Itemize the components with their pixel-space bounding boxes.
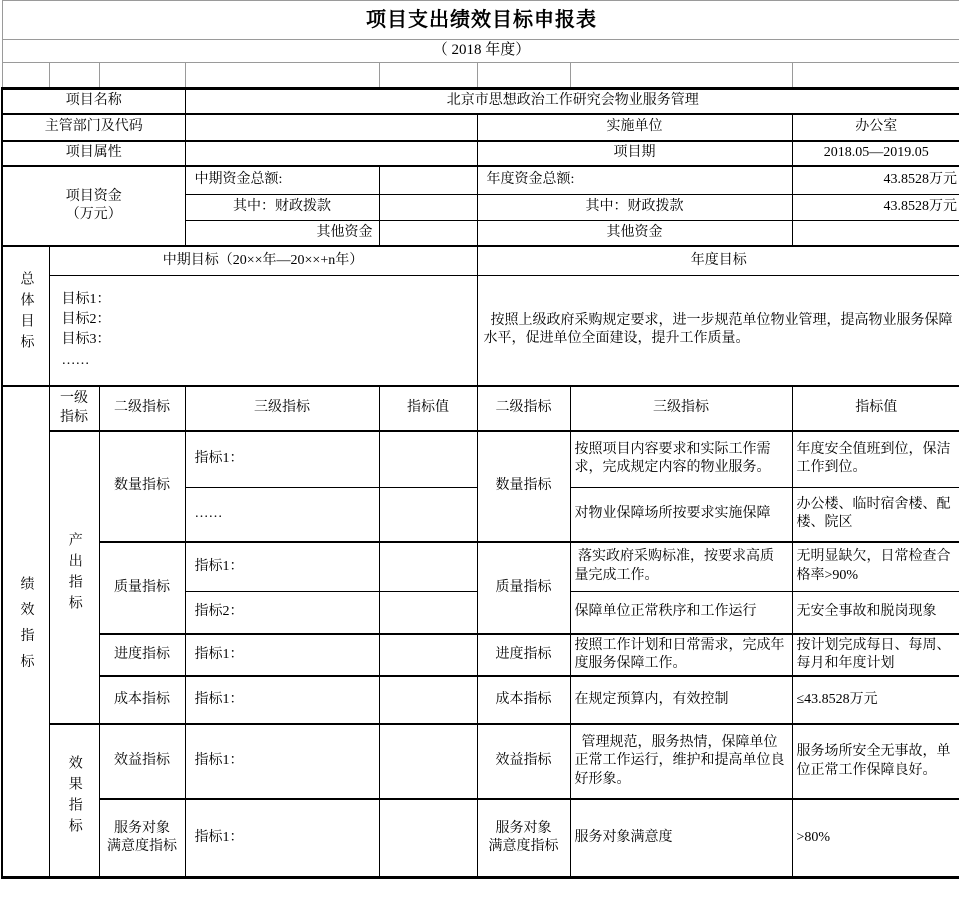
project-attr-label: 项目属性 (2, 141, 185, 166)
annual-fiscal-label: 其中：财政拨款 (477, 194, 792, 220)
header-value-right: 指标值 (792, 386, 959, 431)
quantity-left-item1: 指标1： (185, 431, 379, 487)
mid-other-label: 其他资金 (185, 220, 379, 246)
header-level2-left: 二级指标 (99, 386, 185, 431)
quantity-right-level3-1: 按照项目内容要求和实际工作需求，完成规定内容的物业服务。 (570, 431, 792, 487)
group-output-label: 产出指标 (49, 431, 99, 724)
overall-goal-side-label: 总体目标 (2, 246, 49, 386)
group-output-label-text: 产出指标 (66, 532, 81, 616)
mid-goal-header: 中期目标（20××年—20××+n年） (49, 246, 477, 275)
impl-unit-label: 实施单位 (477, 114, 792, 141)
progress-left-value1 (379, 634, 477, 676)
progress-right-value: 按计划完成每日、每周、每月和年度计划 (792, 634, 959, 676)
impl-unit-value: 办公室 (792, 114, 959, 141)
dept-code-value (185, 114, 477, 141)
project-attr-value (185, 141, 477, 166)
spacer-cell (792, 62, 959, 88)
group-effect-label-text: 效果指标 (66, 755, 81, 839)
header-level3-left: 三级指标 (185, 386, 379, 431)
mid-goal-content: 目标1： 目标2： 目标3： …… (49, 275, 477, 386)
project-period-value: 2018.05—2019.05 (792, 141, 959, 166)
quality-left-value1 (379, 542, 477, 591)
cost-left-item1: 指标1： (185, 676, 379, 724)
spacer-cell (477, 62, 570, 88)
satisfaction-left-item1: 指标1： (185, 799, 379, 877)
cost-indicator-label-left: 成本指标 (99, 676, 185, 724)
quantity-indicator-label-right: 数量指标 (477, 431, 570, 542)
declaration-form-sheet: 项目支出绩效目标申报表 （ 2018 年度） 项目名称 北京市思想政治工作研究会… (0, 0, 959, 898)
quality-right-level3-1: 落实政府采购标准，按要求高质量完成工作。 (570, 542, 792, 591)
mid-fiscal-value (379, 194, 477, 220)
benefit-right-level3: 管理规范，服务热情，保障单位正常工作运行，维护和提高单位良好形象。 (570, 724, 792, 799)
quality-indicator-label-left: 质量指标 (99, 542, 185, 634)
quality-right-value-1: 无明显缺欠，日常检查合格率>90% (792, 542, 959, 591)
header-level1: 一级 指标 (49, 386, 99, 431)
overall-goal-side-label-text: 总体目标 (18, 271, 33, 355)
quantity-left-item2: …… (185, 487, 379, 542)
quality-left-item1: 指标1： (185, 542, 379, 591)
quantity-right-value-2: 办公楼、临时宿舍楼、配楼、院区 (792, 487, 959, 542)
group-effect-label: 效果指标 (49, 724, 99, 877)
quality-right-value-2: 无安全事故和脱岗现象 (792, 591, 959, 634)
quantity-right-level3-2: 对物业保障场所按要求实施保障 (570, 487, 792, 542)
form-title: 项目支出绩效目标申报表 (2, 1, 959, 40)
cost-indicator-label-right: 成本指标 (477, 676, 570, 724)
progress-indicator-label-left: 进度指标 (99, 634, 185, 676)
benefit-left-value1 (379, 724, 477, 799)
quality-right-level3-2: 保障单位正常秩序和工作运行 (570, 591, 792, 634)
quantity-indicator-label-left: 数量指标 (99, 431, 185, 542)
annual-goal-header: 年度目标 (477, 246, 959, 275)
spacer-cell (2, 62, 49, 88)
annual-goal-content: 按照上级政府采购规定要求，进一步规范单位物业管理，提高物业服务保障水平，促进单位… (477, 275, 959, 386)
cost-left-value1 (379, 676, 477, 724)
dept-code-label: 主管部门及代码 (2, 114, 185, 141)
cost-right-level3: 在规定预算内，有效控制 (570, 676, 792, 724)
header-level3-right: 三级指标 (570, 386, 792, 431)
header-level2-right: 二级指标 (477, 386, 570, 431)
mid-fiscal-label: 其中：财政拨款 (185, 194, 379, 220)
benefit-indicator-label-left: 效益指标 (99, 724, 185, 799)
benefit-indicator-label-right: 效益指标 (477, 724, 570, 799)
spacer-cell (185, 62, 379, 88)
progress-left-item1: 指标1： (185, 634, 379, 676)
quality-left-value2 (379, 591, 477, 634)
satisfaction-indicator-label-right: 服务对象 满意度指标 (477, 799, 570, 877)
quality-indicator-label-right: 质量指标 (477, 542, 570, 634)
project-funds-label: 项目资金 （万元） (2, 166, 185, 246)
form-year-subtitle: （ 2018 年度） (2, 40, 959, 63)
annual-total-label: 年度资金总额: (477, 166, 792, 194)
progress-right-level3: 按照工作计划和日常需求，完成年度服务保障工作。 (570, 634, 792, 676)
project-name-value: 北京市思想政治工作研究会物业服务管理 (185, 88, 959, 114)
satisfaction-left-value1 (379, 799, 477, 877)
project-period-label: 项目期 (477, 141, 792, 166)
benefit-left-item1: 指标1： (185, 724, 379, 799)
satisfaction-indicator-label-left: 服务对象 满意度指标 (99, 799, 185, 877)
project-name-label: 项目名称 (2, 88, 185, 114)
spacer-cell (49, 62, 99, 88)
benefit-right-value: 服务场所安全无事故，单位正常工作保障良好。 (792, 724, 959, 799)
annual-other-label: 其他资金 (477, 220, 792, 246)
header-value-left: 指标值 (379, 386, 477, 431)
annual-other-value (792, 220, 959, 246)
quantity-right-value-1: 年度安全值班到位，保洁工作到位。 (792, 431, 959, 487)
declaration-form-table: 项目支出绩效目标申报表 （ 2018 年度） 项目名称 北京市思想政治工作研究会… (1, 0, 959, 879)
satisfaction-right-value: >80% (792, 799, 959, 877)
annual-total-value: 43.8528万元 (792, 166, 959, 194)
mid-total-value (379, 166, 477, 194)
quality-left-item2: 指标2： (185, 591, 379, 634)
mid-other-value (379, 220, 477, 246)
progress-indicator-label-right: 进度指标 (477, 634, 570, 676)
annual-fiscal-value: 43.8528万元 (792, 194, 959, 220)
spacer-cell (99, 62, 185, 88)
quantity-left-value1 (379, 431, 477, 487)
satisfaction-right-level3: 服务对象满意度 (570, 799, 792, 877)
spacer-cell (379, 62, 477, 88)
perf-side-label: 绩效指标 (2, 386, 49, 877)
perf-side-label-text: 绩效指标 (18, 576, 33, 680)
quantity-left-value2 (379, 487, 477, 542)
spacer-cell (570, 62, 792, 88)
cost-right-value: ≤43.8528万元 (792, 676, 959, 724)
mid-total-label: 中期资金总额: (185, 166, 379, 194)
